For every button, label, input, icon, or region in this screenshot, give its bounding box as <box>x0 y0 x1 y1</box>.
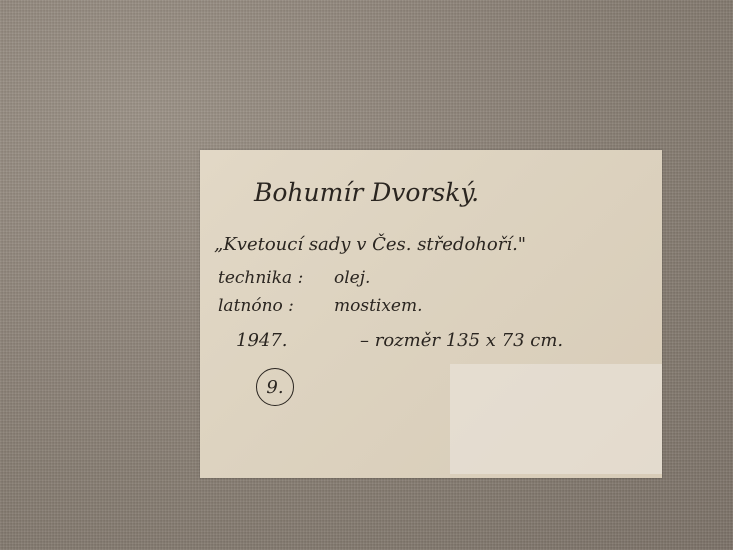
technique-label: technika : <box>218 268 303 288</box>
paper-label: Bohumír Dvorský. „Kvetoucí sady v Čes. s… <box>200 150 662 478</box>
circled-number: 9. <box>256 368 294 406</box>
support-label: latnóno : <box>218 296 294 316</box>
dimensions: – rozměr 135 x 73 cm. <box>360 330 563 351</box>
artwork-title: „Kvetoucí sady v Čes. středohoří." <box>214 234 526 255</box>
artist-name: Bohumír Dvorský. <box>254 178 479 207</box>
technique-value: olej. <box>334 268 370 288</box>
year: 1947. <box>236 330 288 351</box>
support-value: mostixem. <box>334 296 423 316</box>
canvas-back: Bohumír Dvorský. „Kvetoucí sady v Čes. s… <box>0 0 733 550</box>
light-patch <box>450 364 662 474</box>
